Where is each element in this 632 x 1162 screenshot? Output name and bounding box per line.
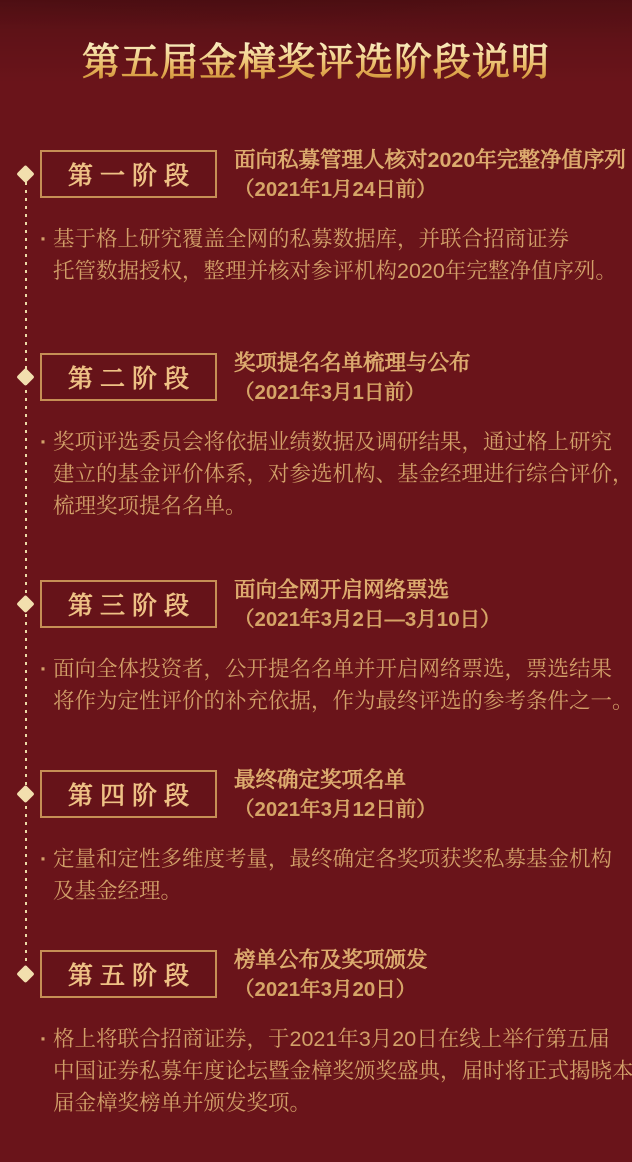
desc-line: 及基金经理。 — [53, 875, 612, 907]
poster-header: 第五届金樟奖评选阶段说明 — [0, 0, 632, 88]
stage-4-desc-lines: 定量和定性多维度考量，最终确定各奖项获奖私募基金机构 及基金经理。 — [53, 843, 612, 907]
stage-1-desc-lines: 基于格上研究覆盖全网的私募数据库，并联合招商证券 托管数据授权，整理并核对参评机… — [53, 223, 617, 287]
poster-title: 第五届金樟奖评选阶段说明 — [82, 38, 550, 88]
desc-line: 将作为定性评价的补充依据，作为最终评选的参考条件之一。 — [53, 685, 632, 717]
desc-line: 中国证券私募年度论坛暨金樟奖颁奖盛典，届时将正式揭晓本 — [53, 1055, 632, 1087]
stage-5-header: 第五阶段 榜单公布及奖项颁发 （2021年3月20日） — [40, 945, 632, 1003]
stage-5: 第五阶段 榜单公布及奖项颁发 （2021年3月20日） · 格上将联合招商证券，… — [0, 945, 632, 1119]
stage-4: 第四阶段 最终确定奖项名单 （2021年3月12日前） · 定量和定性多维度考量… — [0, 765, 632, 907]
stage-badge-label: 第二阶段 — [61, 359, 196, 395]
stage-3-desc-lines: 面向全体投资者，公开提名名单并开启网络票选，票选结果 将作为定性评价的补充依据，… — [53, 653, 632, 717]
bullet-icon: · — [40, 843, 53, 907]
stage-badge-label: 第四阶段 — [61, 776, 196, 812]
stage-2: 第二阶段 奖项提名名单梳理与公布 （2021年3月1日前） · 奖项评选委员会将… — [0, 348, 632, 522]
desc-line: 奖项评选委员会将依据业绩数据及调研结果，通过格上研究 — [53, 426, 632, 458]
stage-4-head-text: 最终确定奖项名单 （2021年3月12日前） — [234, 765, 437, 823]
bullet-icon: · — [40, 223, 53, 287]
stage-date: （2021年3月20日） — [234, 977, 428, 1003]
stage-date: （2021年3月2日—3月10日） — [234, 607, 501, 633]
timeline-diamond-icon — [16, 368, 34, 386]
stage-badge-label: 第五阶段 — [61, 956, 196, 992]
stage-1-head-text: 面向私募管理人核对2020年完整净值序列 （2021年1月24日前） — [234, 145, 626, 203]
desc-line: 托管数据授权，整理并核对参评机构2020年完整净值序列。 — [53, 255, 617, 287]
timeline-diamond-icon — [16, 785, 34, 803]
stage-title: 面向全网开启网络票选 — [234, 575, 501, 605]
stage-4-header: 第四阶段 最终确定奖项名单 （2021年3月12日前） — [40, 765, 632, 823]
stage-3-head-text: 面向全网开启网络票选 （2021年3月2日—3月10日） — [234, 575, 501, 633]
stage-4-description: · 定量和定性多维度考量，最终确定各奖项获奖私募基金机构 及基金经理。 — [40, 843, 632, 907]
stage-5-desc-lines: 格上将联合招商证券，于2021年3月20日在线上举行第五届 中国证券私募年度论坛… — [53, 1023, 632, 1119]
stage-5-head-text: 榜单公布及奖项颁发 （2021年3月20日） — [234, 945, 428, 1003]
stage-1-badge: 第一阶段 — [40, 150, 217, 198]
stage-title: 最终确定奖项名单 — [234, 765, 437, 795]
bullet-icon: · — [40, 653, 53, 717]
timeline-diamond-icon — [16, 165, 34, 183]
desc-line: 基于格上研究覆盖全网的私募数据库，并联合招商证券 — [53, 223, 617, 255]
stage-1-description: · 基于格上研究覆盖全网的私募数据库，并联合招商证券 托管数据授权，整理并核对参… — [40, 223, 632, 287]
stage-2-badge: 第二阶段 — [40, 353, 217, 401]
stage-date: （2021年3月12日前） — [234, 797, 437, 823]
desc-line: 建立的基金评价体系，对参选机构、基金经理进行综合评价， — [53, 458, 632, 490]
desc-line: 定量和定性多维度考量，最终确定各奖项获奖私募基金机构 — [53, 843, 612, 875]
stage-5-description: · 格上将联合招商证券，于2021年3月20日在线上举行第五届 中国证券私募年度… — [40, 1023, 632, 1119]
bullet-icon: · — [40, 426, 53, 522]
bullet-icon: · — [40, 1023, 53, 1119]
stage-2-description: · 奖项评选委员会将依据业绩数据及调研结果，通过格上研究 建立的基金评价体系，对… — [40, 426, 632, 522]
timeline-diamond-icon — [16, 595, 34, 613]
stage-title: 奖项提名名单梳理与公布 — [234, 348, 471, 378]
stage-3-header: 第三阶段 面向全网开启网络票选 （2021年3月2日—3月10日） — [40, 575, 632, 633]
stage-3-description: · 面向全体投资者，公开提名名单并开启网络票选，票选结果 将作为定性评价的补充依… — [40, 653, 632, 717]
stage-3: 第三阶段 面向全网开启网络票选 （2021年3月2日—3月10日） · 面向全体… — [0, 575, 632, 717]
desc-line: 格上将联合招商证券，于2021年3月20日在线上举行第五届 — [53, 1023, 632, 1055]
timeline-diamond-icon — [16, 965, 34, 983]
stage-title: 榜单公布及奖项颁发 — [234, 945, 428, 975]
desc-line: 梳理奖项提名名单。 — [53, 490, 632, 522]
stage-title: 面向私募管理人核对2020年完整净值序列 — [234, 145, 626, 175]
award-stages-poster: 第五届金樟奖评选阶段说明 第一阶段 面向私募管理人核对2020年完整净值序列 （… — [0, 0, 632, 1162]
desc-line: 届金樟奖榜单并颁发奖项。 — [53, 1087, 632, 1119]
stage-badge-label: 第三阶段 — [61, 586, 196, 622]
desc-line: 面向全体投资者，公开提名名单并开启网络票选，票选结果 — [53, 653, 632, 685]
stage-2-desc-lines: 奖项评选委员会将依据业绩数据及调研结果，通过格上研究 建立的基金评价体系，对参选… — [53, 426, 632, 522]
stage-2-head-text: 奖项提名名单梳理与公布 （2021年3月1日前） — [234, 348, 471, 406]
stage-5-badge: 第五阶段 — [40, 950, 217, 998]
stage-date: （2021年3月1日前） — [234, 380, 471, 406]
stage-timeline: 第一阶段 面向私募管理人核对2020年完整净值序列 （2021年1月24日前） … — [0, 145, 632, 1119]
stage-2-header: 第二阶段 奖项提名名单梳理与公布 （2021年3月1日前） — [40, 348, 632, 406]
stage-badge-label: 第一阶段 — [61, 156, 196, 192]
stage-date: （2021年1月24日前） — [234, 177, 626, 203]
stage-1: 第一阶段 面向私募管理人核对2020年完整净值序列 （2021年1月24日前） … — [0, 145, 632, 287]
stage-4-badge: 第四阶段 — [40, 770, 217, 818]
stage-1-header: 第一阶段 面向私募管理人核对2020年完整净值序列 （2021年1月24日前） — [40, 145, 632, 203]
stage-3-badge: 第三阶段 — [40, 580, 217, 628]
